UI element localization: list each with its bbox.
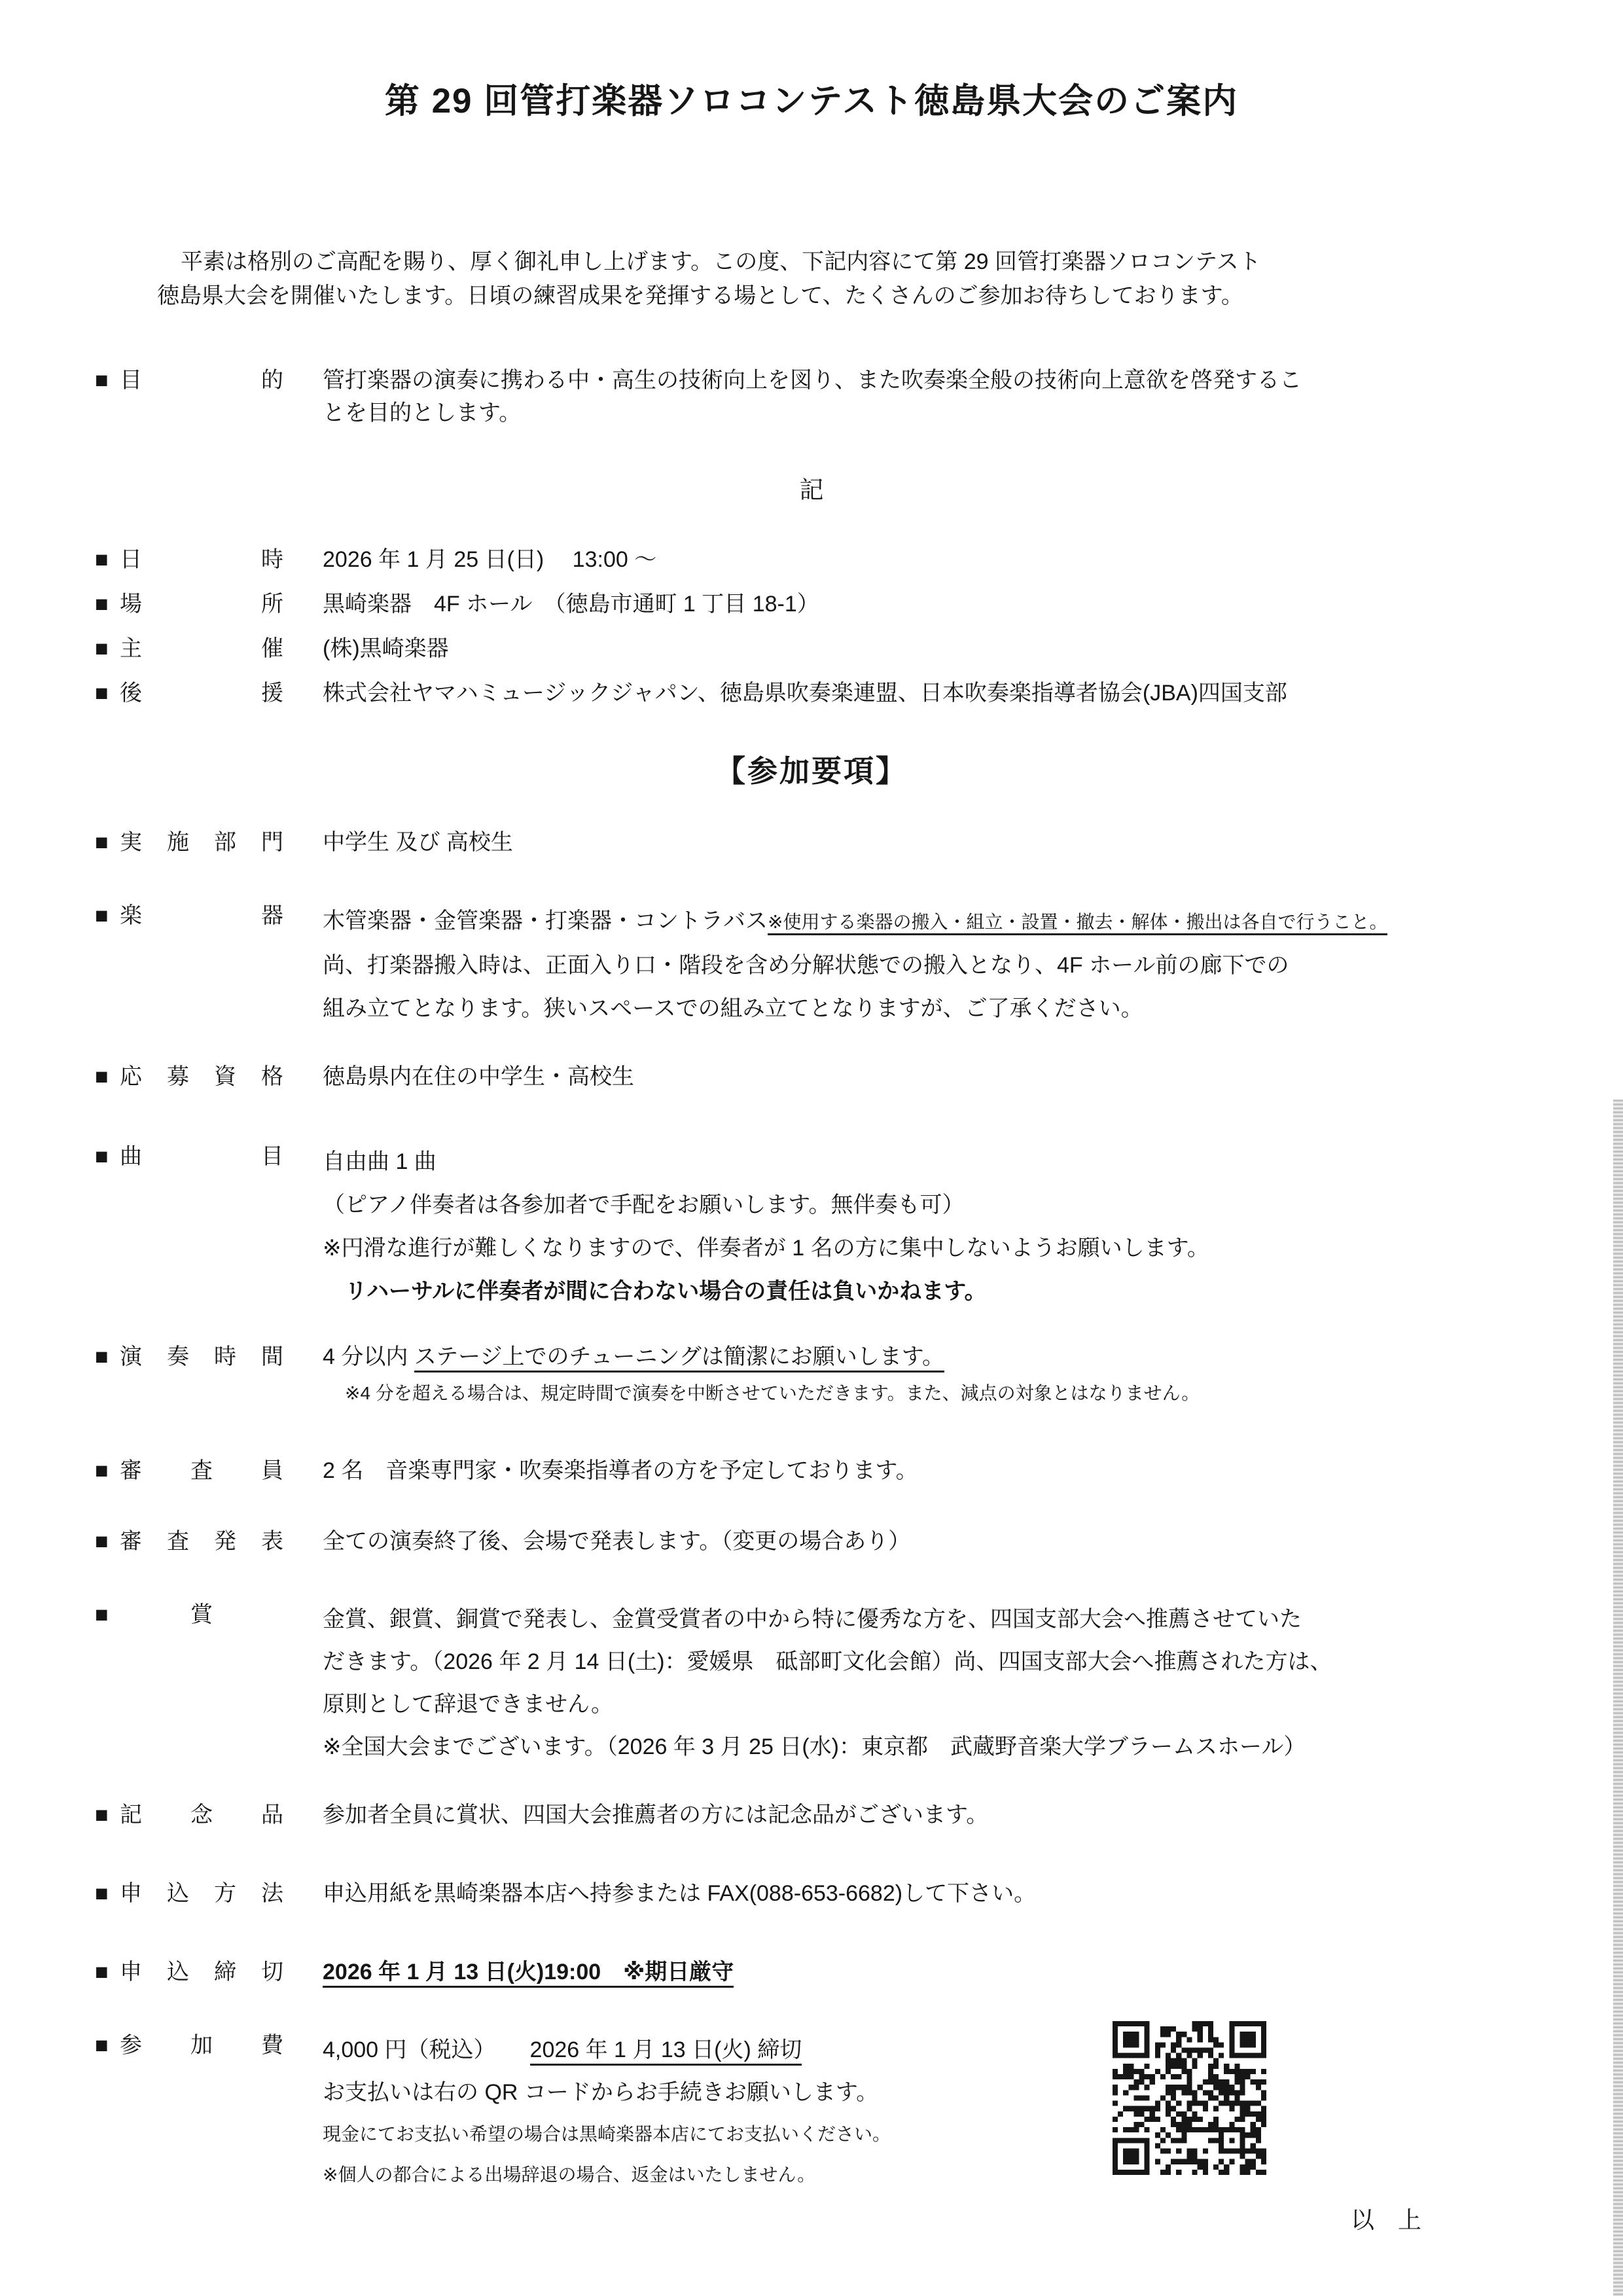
section-text: 管打楽器の演奏に携わる中・高生の技術向上を図り、また吹奏楽全般の技術向上意欲を啓… [323, 364, 1623, 397]
underlined-note: ※使用する楽器の搬入・組立・設置・撤去・解体・搬出は各自で行うこと。 [768, 912, 1387, 935]
bullet-square-icon: ■ [95, 1956, 120, 1988]
section-label: 主催 [120, 632, 283, 665]
intro-line: 平素は格別のご高配を賜り、厚く御礼申し上げます。この度、下記内容にて第 29 回… [157, 245, 1525, 279]
section-text: 自由曲 1 曲 [323, 1140, 1623, 1183]
section-text: 原則として辞退できません。 [323, 1683, 1623, 1726]
bullet-square-icon: ■ [95, 1598, 120, 1631]
section-label: 後援 [120, 677, 283, 709]
section-fee: ■ 参加費 4,000 円（税込）2026 年 1 月 13 日(火) 締切 お… [95, 2029, 1623, 2195]
closing-mark: 以 上 [0, 2202, 1623, 2235]
section-application-method: ■ 申込方法 申込用紙を黒崎楽器本店へ持参または FAX(088-653-668… [95, 1877, 1623, 1910]
section-text: リハーサルに伴奏者が間に合わない場合の責任は負いかねます。 [323, 1270, 1623, 1313]
section-label: 申込方法 [120, 1877, 283, 1910]
section-place: ■ 場所 黒崎楽器 4F ホール （徳島市通町 1 丁目 18-1） [95, 588, 1623, 620]
bullet-square-icon: ■ [95, 1525, 120, 1558]
section-instruments: ■ 楽器 木管楽器・金管楽器・打楽器・コントラバス※使用する楽器の搬入・組立・設… [95, 899, 1623, 1030]
bullet-square-icon: ■ [95, 1799, 120, 1831]
section-text: 金賞、銀賞、銅賞で発表し、金賞受賞者の中から特に優秀な方を、四国支部大会へ推薦さ… [323, 1598, 1623, 1641]
section-label: 審査員 [120, 1454, 283, 1487]
participation-heading: 【参加要項】 [0, 747, 1623, 791]
section-text: 尚、打楽器搬入時は、正面入り口・階段を含め分解状態での搬入となり、4F ホール前… [323, 944, 1623, 987]
section-label: 記念品 [120, 1799, 283, 1831]
section-text: とを目的とします。 [323, 397, 1623, 429]
section-text: 木管楽器・金管楽器・打楽器・コントラバス [323, 908, 768, 933]
section-text: 参加者全員に賞状、四国大会推薦者の方には記念品がございます。 [323, 1799, 1623, 1831]
section-note: ※個人の都合による出場辞退の場合、返金はいたしません。 [323, 2155, 1623, 2195]
ki-marker: 記 [0, 470, 1623, 505]
section-result-announcement: ■ 審査発表 全ての演奏終了後、会場で発表します。（変更の場合あり） [95, 1525, 1623, 1558]
underlined-fee-deadline: 2026 年 1 月 13 日(火) 締切 [530, 2037, 802, 2066]
bullet-square-icon: ■ [95, 364, 120, 397]
section-label: 日時 [120, 543, 283, 576]
section-label: 応募資格 [120, 1060, 283, 1093]
section-label: 審査発表 [120, 1525, 283, 1558]
section-text: 2026 年 1 月 25 日(日) 13:00 ～ [323, 543, 1623, 576]
bullet-square-icon: ■ [95, 588, 120, 620]
section-support: ■ 後援 株式会社ヤマハミュージックジャパン、徳島県吹奏楽連盟、日本吹奏楽指導者… [95, 677, 1623, 709]
section-note: ※4 分を超える場合は、規定時間で演奏を中断させていただきます。また、減点の対象… [323, 1373, 1623, 1414]
section-label: 実施部門 [120, 826, 283, 859]
section-prize: ■ 賞 金賞、銀賞、銅賞で発表し、金賞受賞者の中から特に優秀な方を、四国支部大会… [95, 1598, 1623, 1768]
section-performance-time: ■ 演奏時間 4 分以内 ステージ上でのチューニングは簡潔にお願いします。 ※4… [95, 1340, 1623, 1414]
section-souvenir: ■ 記念品 参加者全員に賞状、四国大会推薦者の方には記念品がございます。 [95, 1799, 1623, 1831]
section-text: 4 分以内 [323, 1344, 414, 1369]
section-piece: ■ 曲目 自由曲 1 曲 （ピアノ伴奏者は各参加者で手配をお願いします。無伴奏も… [95, 1140, 1623, 1313]
section-text: 徳島県内在住の中学生・高校生 [323, 1060, 1623, 1093]
bullet-square-icon: ■ [95, 899, 120, 932]
bullet-square-icon: ■ [95, 2029, 120, 2062]
intro-paragraph: 平素は格別のご高配を賜り、厚く御礼申し上げます。この度、下記内容にて第 29 回… [157, 245, 1525, 313]
section-text: 株式会社ヤマハミュージックジャパン、徳島県吹奏楽連盟、日本吹奏楽指導者協会(JB… [323, 677, 1623, 709]
bullet-square-icon: ■ [95, 1454, 120, 1487]
bullet-square-icon: ■ [95, 1340, 120, 1373]
section-text: 全ての演奏終了後、会場で発表します。（変更の場合あり） [323, 1525, 1623, 1558]
section-label: 場所 [120, 588, 283, 620]
section-purpose: ■ 目的 管打楽器の演奏に携わる中・高生の技術向上を図り、また吹奏楽全般の技術向… [95, 364, 1623, 429]
section-text: 申込用紙を黒崎楽器本店へ持参または FAX(088-653-6682)して下さい… [323, 1877, 1623, 1910]
section-department: ■ 実施部門 中学生 及び 高校生 [95, 826, 1623, 859]
underlined-note: ステージ上でのチューニングは簡潔にお願いします。 [414, 1344, 944, 1372]
bullet-square-icon: ■ [95, 543, 120, 576]
bullet-square-icon: ■ [95, 1140, 120, 1173]
section-note: 現金にてお支払い希望の場合は黒崎楽器本店にてお支払いください。 [323, 2114, 1623, 2155]
section-label: 目的 [120, 364, 283, 397]
bullet-square-icon: ■ [95, 826, 120, 859]
qr-code-image [1113, 2021, 1266, 2175]
qr-code [1113, 2021, 1266, 2175]
section-text: お支払いは右の QR コードからお手続きお願いします。 [323, 2072, 1623, 2114]
page-title: 第 29 回管打楽器ソロコンテスト徳島県大会のご案内 [0, 0, 1623, 123]
section-text: ※円滑な進行が難しくなりますので、伴奏者が 1 名の方に集中しないようお願いしま… [323, 1227, 1623, 1270]
section-label: 申込締切 [120, 1956, 283, 1988]
section-text: 中学生 及び 高校生 [323, 826, 1623, 859]
section-label: 楽器 [120, 899, 283, 932]
underlined-deadline: 2026 年 1 月 13 日(火)19:00 ※期日厳守 [323, 1960, 734, 1988]
section-text: 2 名 音楽専門家・吹奏楽指導者の方を予定しております。 [323, 1454, 1623, 1487]
document-page: 第 29 回管打楽器ソロコンテスト徳島県大会のご案内 平素は格別のご高配を賜り、… [0, 0, 1623, 2296]
section-qualification: ■ 応募資格 徳島県内在住の中学生・高校生 [95, 1060, 1623, 1093]
section-judges: ■ 審査員 2 名 音楽専門家・吹奏楽指導者の方を予定しております。 [95, 1454, 1623, 1487]
section-text: (株)黒崎楽器 [323, 632, 1623, 665]
bullet-square-icon: ■ [95, 677, 120, 709]
section-date: ■ 日時 2026 年 1 月 25 日(日) 13:00 ～ [95, 543, 1623, 576]
section-text: だきます。（2026 年 2 月 14 日(土)：愛媛県 砥部町文化会館）尚、四… [323, 1641, 1623, 1683]
scan-artifact-strip [1613, 1100, 1623, 2296]
section-label: 参加費 [120, 2029, 283, 2062]
bullet-square-icon: ■ [95, 1877, 120, 1910]
bullet-square-icon: ■ [95, 1060, 120, 1093]
section-application-deadline: ■ 申込締切 2026 年 1 月 13 日(火)19:00 ※期日厳守 [95, 1956, 1623, 1988]
bullet-square-icon: ■ [95, 632, 120, 665]
section-text: （ピアノ伴奏者は各参加者で手配をお願いします。無伴奏も可） [323, 1183, 1623, 1227]
section-label: 賞 [120, 1598, 283, 1631]
section-label: 曲目 [120, 1140, 283, 1173]
section-text: 黒崎楽器 4F ホール （徳島市通町 1 丁目 18-1） [323, 588, 1623, 620]
fee-amount: 4,000 円（税込） [323, 2037, 496, 2062]
section-organizer: ■ 主催 (株)黒崎楽器 [95, 632, 1623, 665]
section-label: 演奏時間 [120, 1340, 283, 1373]
section-text: ※全国大会までございます。（2026 年 3 月 25 日(水)：東京都 武蔵野… [323, 1726, 1623, 1768]
section-text: 組み立てとなります。狭いスペースでの組み立てとなりますが、ご了承ください。 [323, 987, 1623, 1030]
intro-line: 徳島県大会を開催いたします。日頃の練習成果を発揮する場として、たくさんのご参加お… [157, 279, 1525, 313]
